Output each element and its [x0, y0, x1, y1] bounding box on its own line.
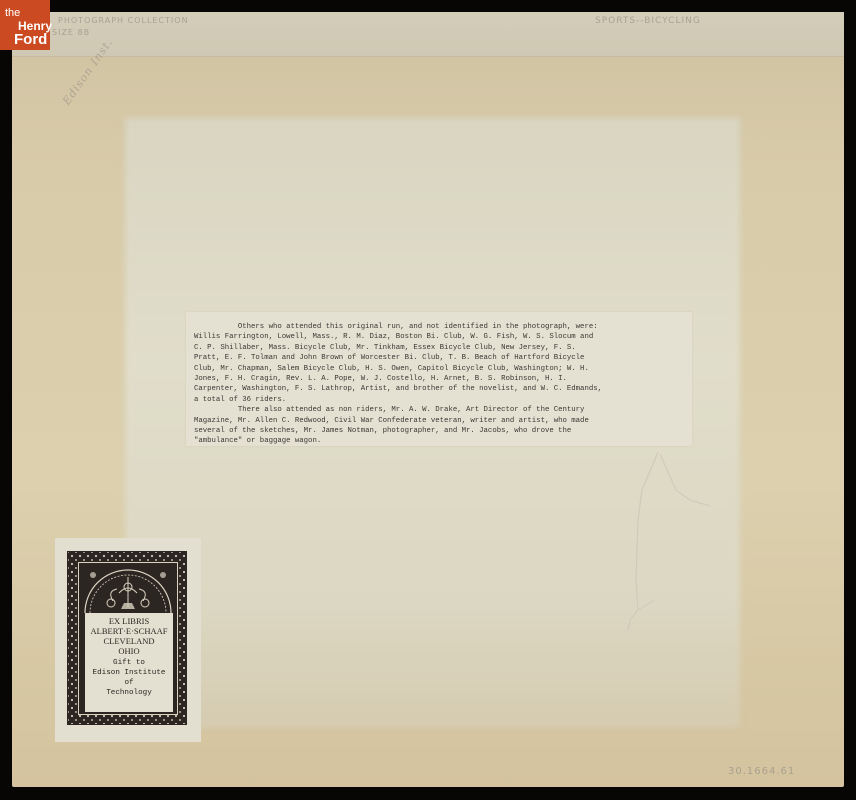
bookplate-arch-ornament-icon — [79, 563, 177, 613]
typed-note-line: a total of 36 riders. — [194, 395, 690, 405]
bookplate-gift-line: Technology — [86, 688, 172, 698]
bookplate-owner-line: ALBERT·E·SCHAAF — [86, 626, 172, 636]
pencil-note-accession-number: 30.1664.61 — [728, 766, 795, 777]
typed-note-line: Willis Farrington, Lowell, Mass., R. M. … — [194, 332, 690, 342]
typed-note-line: There also attended as non riders, Mr. A… — [194, 405, 690, 415]
logo-the: the — [5, 8, 20, 19]
bookplate-owner-line: CLEVELAND — [86, 636, 172, 646]
bookplate-label: EX LIBRISALBERT·E·SCHAAFCLEVELANDOHIO Gi… — [85, 613, 173, 712]
typed-note-line: Magazine, Mr. Allen C. Redwood, Civil Wa… — [194, 416, 690, 426]
bookplate-owner-line: EX LIBRIS — [86, 616, 172, 626]
typed-note-line: Pratt, E. F. Tolman and John Brown of Wo… — [194, 353, 690, 363]
bookplate-gift-line: of — [86, 678, 172, 688]
typed-note-line: Carpenter, Washington, F. S. Lathrop, Ar… — [194, 384, 690, 394]
pencil-note-collection: PHOTOGRAPH COLLECTION — [58, 16, 189, 25]
bookplate-owner: EX LIBRISALBERT·E·SCHAAFCLEVELANDOHIO — [86, 616, 172, 656]
bookplate-inner-panel: EX LIBRISALBERT·E·SCHAAFCLEVELANDOHIO Gi… — [78, 562, 178, 715]
bookplate: EX LIBRISALBERT·E·SCHAAFCLEVELANDOHIO Gi… — [55, 538, 201, 742]
pencil-note-size: SIZE 8B — [52, 28, 90, 37]
typed-note-text: Others who attended this original run, a… — [194, 322, 690, 447]
typed-note-line: several of the sketches, Mr. James Notma… — [194, 426, 690, 436]
logo-ford: Ford — [14, 32, 47, 47]
bookplate-gift-line: Gift to — [86, 658, 172, 668]
typed-note-line: Others who attended this original run, a… — [194, 322, 690, 332]
typed-note-line: Club, Mr. Chapman, Salem Bicycle Club, H… — [194, 364, 690, 374]
paper-crack-line — [600, 440, 720, 640]
typed-note-slip: Others who attended this original run, a… — [186, 312, 692, 446]
bookplate-owner-line: OHIO — [86, 646, 172, 656]
typed-note-line: "ambulance" or baggage wagon. — [194, 436, 690, 446]
bookplate-ornamental-border: EX LIBRISALBERT·E·SCHAAFCLEVELANDOHIO Gi… — [67, 551, 187, 725]
henry-ford-logo[interactable]: the Henry Ford — [0, 0, 50, 50]
typed-note-line: Jones, F. H. Cragin, Rev. L. A. Pope, W.… — [194, 374, 690, 384]
bookplate-gift-line: Edison Institute — [86, 668, 172, 678]
typed-note-line: C. P. Shillaber, Mass. Bicycle Club, Mr.… — [194, 343, 690, 353]
pencil-note-subject: SPORTS--BICYCLING — [595, 16, 701, 26]
bookplate-gift-note: Gift toEdison InstituteofTechnology — [86, 658, 172, 698]
